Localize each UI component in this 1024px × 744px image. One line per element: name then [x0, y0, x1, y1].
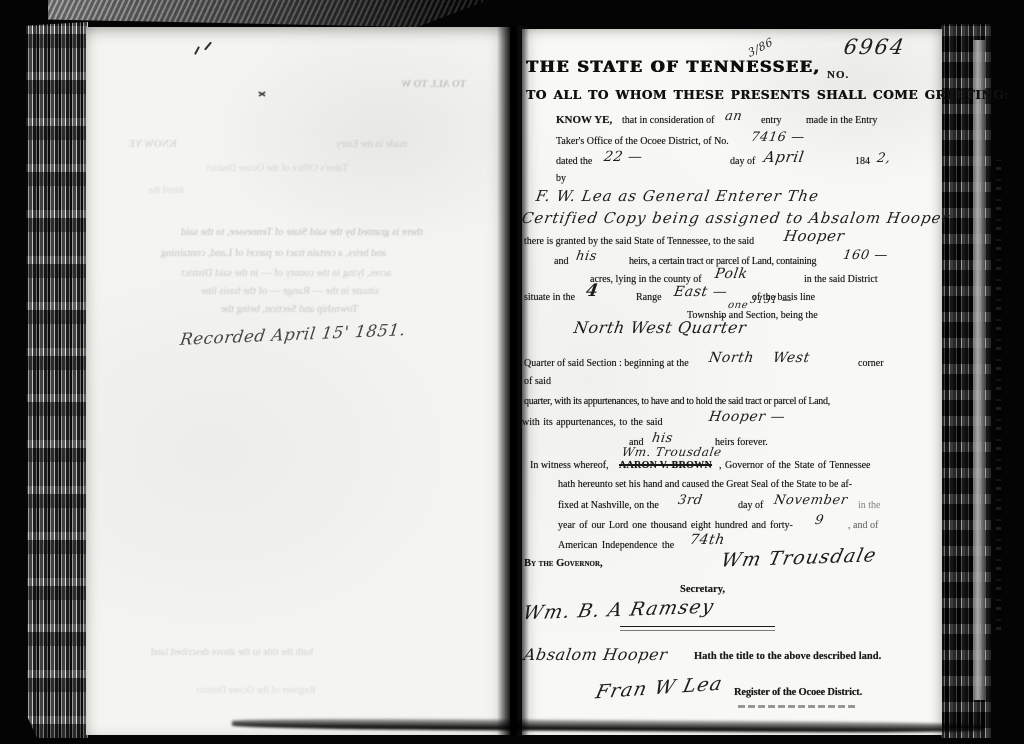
seal-month-value: November	[773, 493, 849, 508]
book-scan: TO ALL TO W KNOW YE made in the Entry Ta…	[0, 0, 1024, 744]
granted-line: there is granted by the said State of Te…	[524, 236, 754, 247]
great-seal-line: hath hereunto set his hand and caused th…	[558, 479, 852, 490]
film-edge-marks	[996, 160, 1001, 630]
grant-number: 6964	[842, 35, 907, 59]
bleed-through-text: Taker's Office of the Ocoee District	[205, 163, 348, 174]
bleed-through-text: acres, lying in the county of — in the s…	[180, 268, 391, 279]
left-page: TO ALL TO W KNOW YE made in the Entry Ta…	[86, 27, 510, 735]
seal-day-of: day of	[738, 500, 763, 511]
recorded-date-note: Recorded April 15' 1851.	[179, 320, 407, 349]
year-of-lord-line: year of our Lord one thousand eight hund…	[558, 520, 793, 531]
quarter-value: North West Quarter	[572, 318, 747, 337]
section-number-value: 3131 —	[749, 295, 793, 306]
bleed-through-text: Township and Section, being the	[220, 304, 358, 315]
district-tail: in the said District	[804, 274, 878, 285]
range-label: Range	[636, 292, 662, 303]
corner-direction-value: North West	[708, 350, 811, 366]
bleed-through-text: hath the title to the above described la…	[150, 647, 313, 658]
bleed-through-text: dated the	[147, 185, 185, 196]
bleed-through-text: made in the Entry	[335, 139, 408, 150]
assignment-line-2: Certified Copy being assigned to Absalom…	[521, 209, 952, 227]
heirs-and: and	[554, 256, 568, 267]
pencil-mark	[204, 42, 212, 51]
hath-title-line: Hath the title to the above described la…	[694, 651, 881, 662]
right-page-stack-highlight	[973, 40, 985, 700]
dated-lead: dated the	[556, 156, 592, 167]
entry-number-value: 7416 —	[750, 130, 806, 145]
trousdale-signature: Wm Trousdale	[719, 544, 879, 571]
situate-lead: situate in the	[524, 292, 575, 303]
by-label: by	[556, 173, 566, 184]
bleed-through-text: KNOW YE	[127, 139, 177, 150]
corner-tail: corner	[858, 358, 884, 369]
year-digit-value: 2,	[876, 151, 892, 166]
register-signature: Fran W Lea	[594, 673, 726, 704]
fixed-nashville-lead: fixed at Nashville, on the	[558, 500, 659, 511]
governor-correction-value: Wm. Trousdale	[621, 445, 723, 459]
range-number-value: 4	[584, 281, 600, 301]
bleed-through-text: situate in the — Range — of the basis li…	[200, 286, 379, 297]
left-page-stack-edge	[26, 22, 88, 738]
takers-office-line: Taker's Office of the Ocoee District, of…	[556, 136, 729, 147]
month-value: April	[763, 148, 806, 166]
quarter-section-line: Quarter of said Section : beginning at t…	[524, 358, 689, 369]
book-gutter-shadow	[497, 26, 529, 736]
forever-tail: heirs forever.	[715, 437, 768, 448]
secretary-label: Secretary,	[680, 584, 725, 595]
know-ye-text: that in consideration of	[622, 115, 714, 126]
day-of-label: day of	[730, 156, 755, 167]
struck-text-line	[738, 705, 856, 708]
county-value: Polk	[714, 266, 749, 282]
register-label: Register of the Ocoee District.	[734, 687, 862, 698]
bleed-through-text: there is granted by the said State of Te…	[180, 227, 423, 238]
fixed-tail: in the	[858, 500, 881, 511]
independence-line: American Independence the	[558, 540, 674, 551]
seal-day-value: 3rd	[677, 493, 704, 508]
ramsey-signature: Wm. B. A Ramsey	[521, 596, 716, 625]
book-top-edge	[48, 0, 488, 27]
no-label: NO.	[827, 69, 849, 81]
signature-underline	[620, 626, 775, 631]
day-number-value: 22 —	[603, 149, 644, 165]
pencil-mark	[194, 46, 200, 55]
document-title: THE STATE OF TENNESSEE,	[526, 57, 821, 76]
salutation-line: TO ALL TO WHOM THESE PRESENTS SHALL COME…	[526, 87, 1009, 102]
bleed-through-text: and heirs, a certain tract or parcel of …	[160, 248, 387, 259]
his-value-2: his	[651, 431, 674, 446]
know-ye-tail: made in the Entry	[806, 115, 877, 126]
independence-year-value: 74th	[689, 532, 726, 548]
grantee-name-bottom: Absalom Hooper	[522, 645, 669, 664]
entry-word: entry	[761, 115, 782, 126]
grant-document-page: 3/86 6964 NO. THE STATE OF TENNESSEE, TO…	[522, 29, 942, 735]
year-tail: , and of	[848, 520, 878, 531]
year-end-digit-value: 9	[814, 513, 825, 528]
bleed-through-text: TO ALL TO W	[400, 79, 466, 90]
appurtenances-line: quarter, with its appurtenances, to have…	[524, 396, 830, 407]
grantee-name-value: Hooper	[783, 227, 846, 245]
know-ye-lead: KNOW YE,	[556, 114, 612, 126]
range-direction-value: East —	[673, 284, 729, 300]
grantee-name-value-2: Hooper —	[708, 409, 787, 425]
entry-article-value: an	[724, 109, 744, 124]
bleed-through-text: Register of the Ocoee District	[195, 685, 316, 696]
with-appurtenances-line: with its appurtenances, to the said	[522, 417, 663, 428]
assignment-line-1: F. W. Lea as General Enterer The	[535, 187, 821, 205]
witness-tail: , Governor of the State of Tennessee	[719, 460, 870, 471]
acreage-value: 160 —	[842, 248, 889, 263]
his-value: his	[575, 249, 598, 264]
witness-lead: In witness whereof,	[530, 460, 609, 471]
by-governor-label: By the Governor,	[524, 558, 603, 569]
year-printed: 184	[855, 156, 870, 167]
struck-governor-name: AARON V. BROWN	[619, 460, 712, 471]
